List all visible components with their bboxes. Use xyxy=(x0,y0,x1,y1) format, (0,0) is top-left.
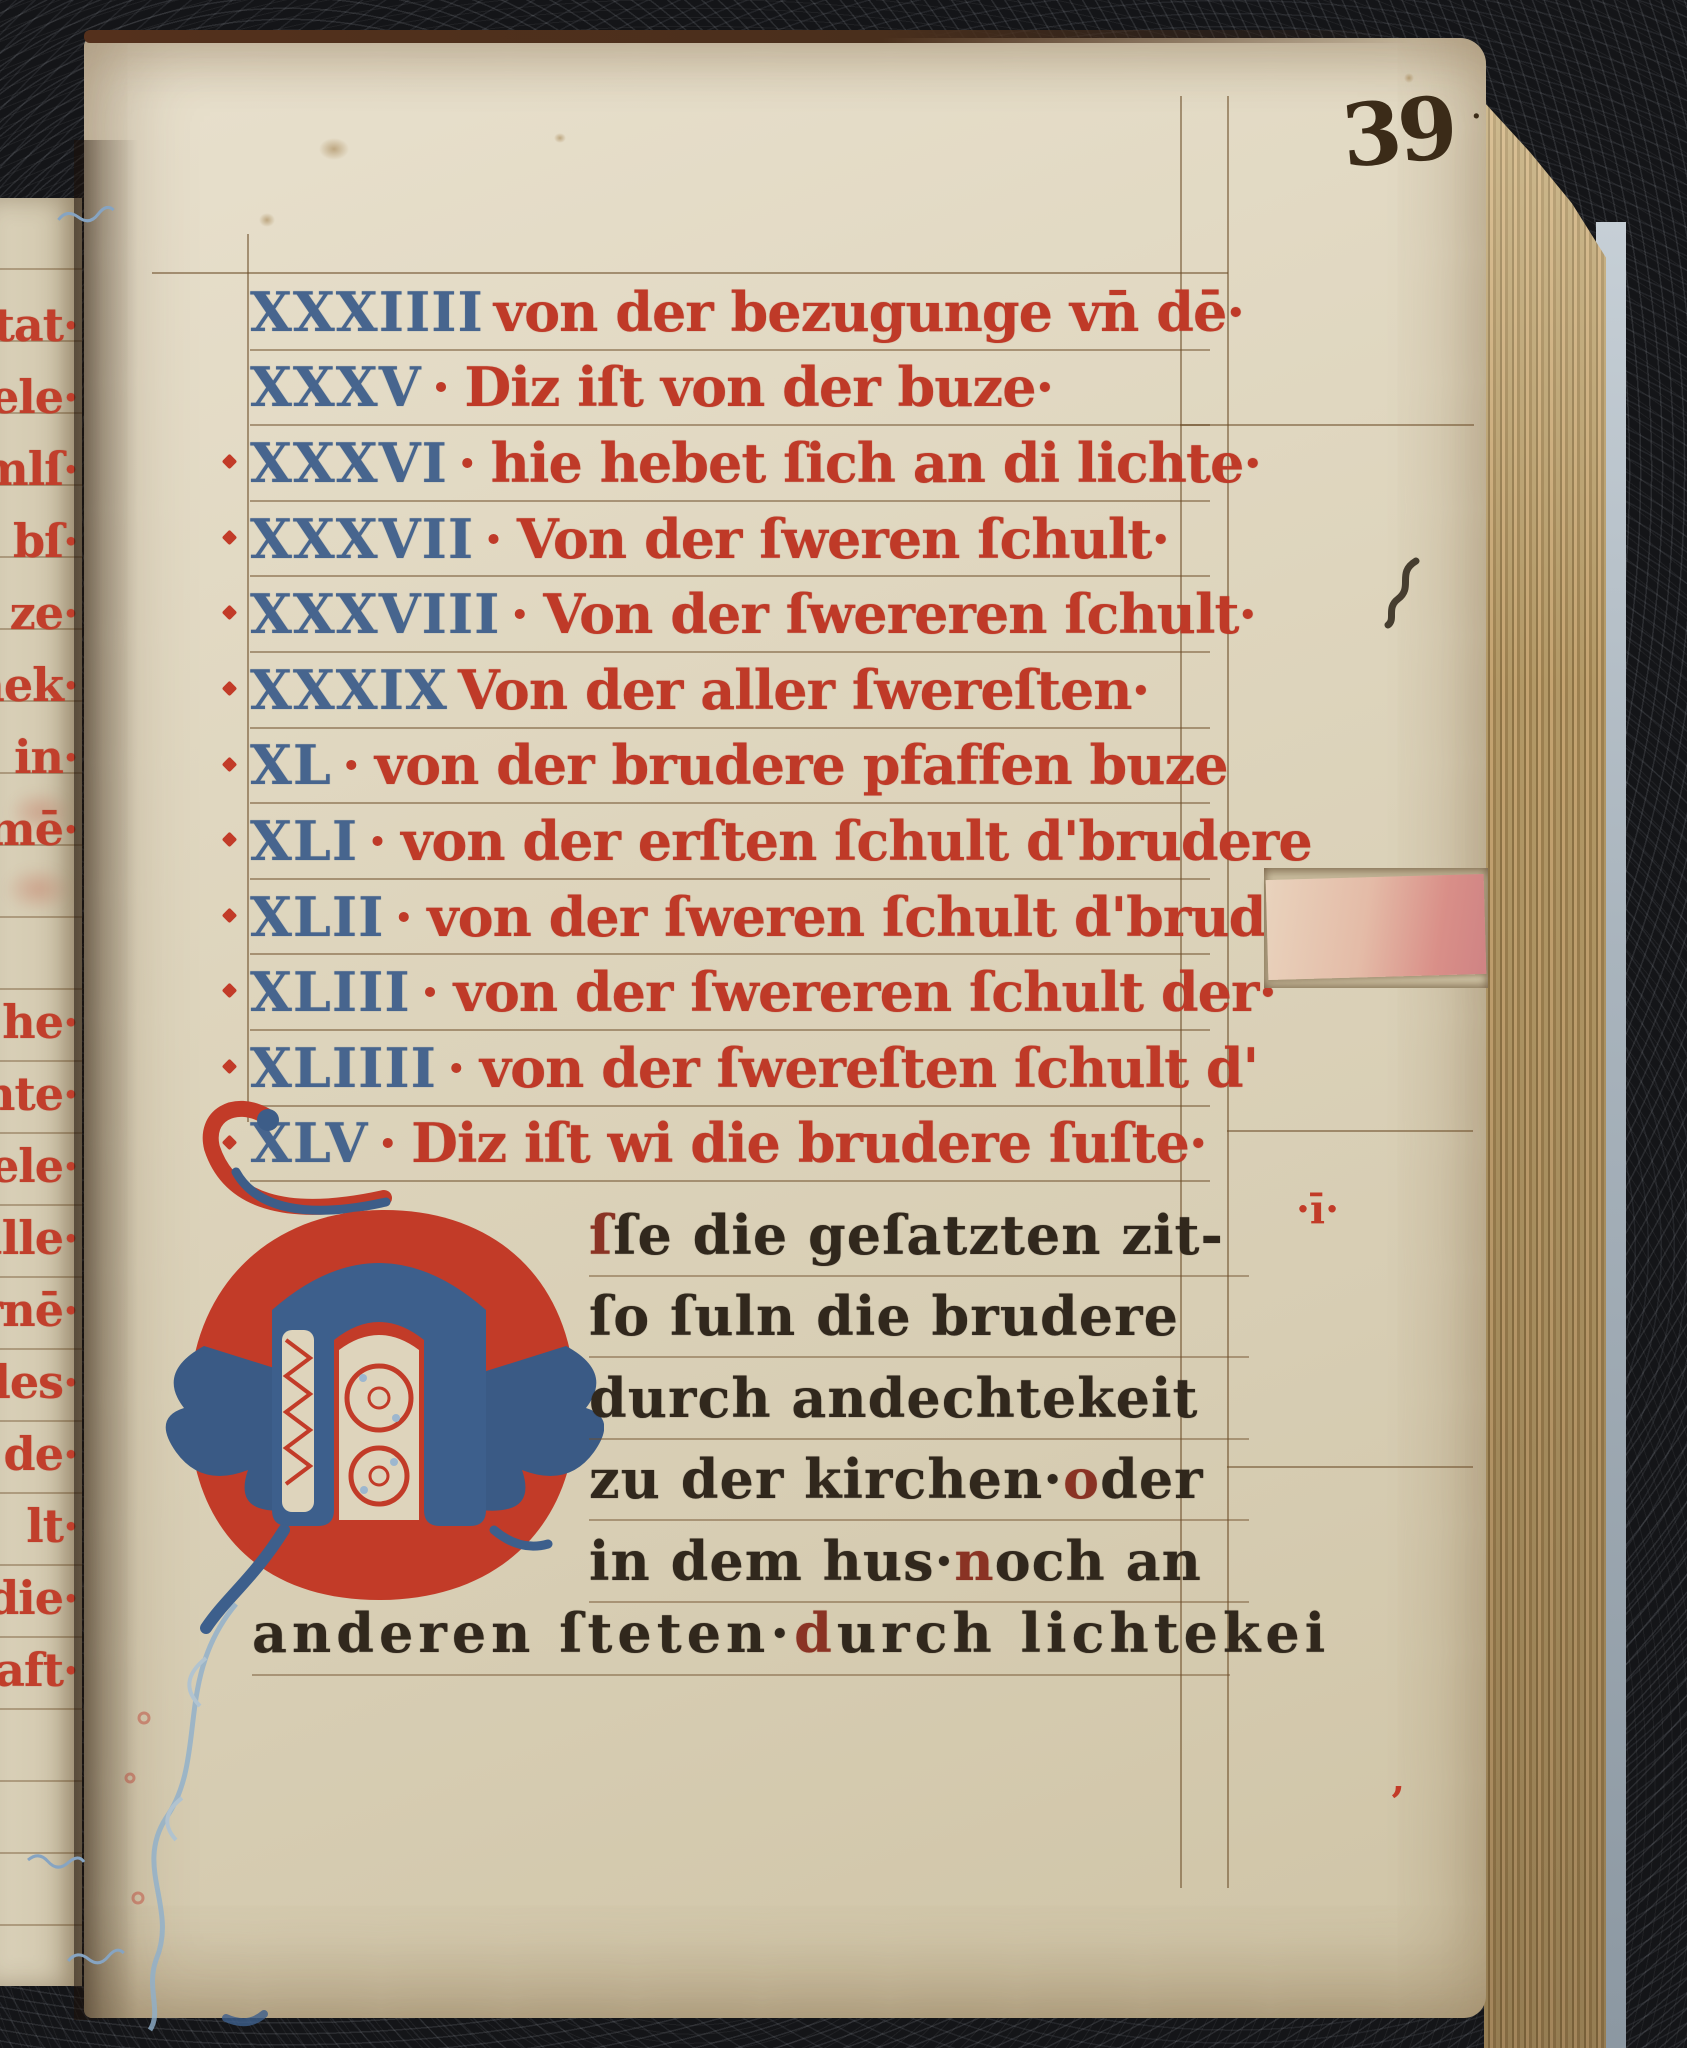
text-segment: o xyxy=(1063,1447,1100,1511)
chapter-numeral: XXXVI xyxy=(250,431,448,495)
red-paragraph-dot xyxy=(222,983,238,999)
chapter-numeral: XXXV xyxy=(250,355,422,419)
chapter-row: XXXIIIIvon der bezugunge vn̄ dē· xyxy=(250,275,1210,351)
left-page-text-fragment: he· xyxy=(2,995,78,1049)
red-paragraph-dot xyxy=(222,1059,238,1075)
ruling-line xyxy=(1227,1130,1473,1132)
bookmark-notch xyxy=(1264,868,1488,988)
red-paragraph-dot xyxy=(222,605,238,621)
red-margin-mark: ·ī· xyxy=(1296,1186,1339,1233)
paragraph-line: ſo ſuln die brudere xyxy=(589,1277,1249,1359)
left-page-text-fragment: regele· xyxy=(0,370,78,424)
numeral-separator: · xyxy=(368,809,387,873)
left-page-text-fragment: aft· xyxy=(0,1643,78,1697)
text-segment: in dem hus· xyxy=(589,1529,954,1593)
left-page-text-fragment: ze· xyxy=(10,586,78,640)
red-paragraph-dot xyxy=(222,530,238,546)
paragraph-line: zu der kirchen·oder xyxy=(589,1440,1249,1522)
left-page-text-fragment: mlſ· xyxy=(0,442,78,496)
left-page-text-fragment: lt· xyxy=(26,1499,78,1553)
text-paragraph: ſſe die geſatzten zit-ſo ſuln die bruder… xyxy=(589,1195,1249,1603)
red-paragraph-dot xyxy=(222,907,238,923)
paragraph-line: ſſe die geſatzten zit- xyxy=(589,1195,1249,1277)
ink-smudge xyxy=(1380,553,1430,633)
text-segment: n xyxy=(954,1529,994,1593)
text-segment: och an xyxy=(995,1529,1202,1593)
chapter-title: Von der ſweren ſchult· xyxy=(517,507,1169,571)
left-page-text-fragment: in· xyxy=(14,730,78,784)
bookmark-tab xyxy=(1266,874,1487,980)
ruling-line xyxy=(1227,1466,1473,1468)
numeral-separator: · xyxy=(458,431,477,495)
left-page-text-fragment: ele· xyxy=(0,1139,78,1193)
red-paragraph-dot xyxy=(222,454,238,470)
ruling-line xyxy=(247,234,249,1122)
chapter-row: XL·von der brudere pfaffen buze xyxy=(250,729,1210,805)
stain xyxy=(319,138,349,160)
chapter-numeral: XLII xyxy=(250,885,384,949)
chapter-row: XXXIXVon der aller ſwereſten· xyxy=(250,653,1210,729)
chapter-title: Von der ſwereren ſchult· xyxy=(543,582,1256,646)
paragraph-line: durch andechtekeit xyxy=(589,1358,1249,1440)
text-segment: ſo ſuln die brudere xyxy=(589,1284,1179,1348)
page-fore-edge-stack xyxy=(1484,102,1606,2048)
chapter-row: XXXVII·Von der ſweren ſchult· xyxy=(250,502,1210,578)
left-page-text-fragment: ſtat· xyxy=(0,298,78,352)
chapter-numeral: XLIII xyxy=(250,960,411,1024)
left-page-text-fragment: t die· xyxy=(0,1571,78,1625)
red-paragraph-dot xyxy=(222,756,238,772)
chapter-numeral: XLI xyxy=(250,809,358,873)
left-page-text-fragment: en bſ· xyxy=(0,514,78,568)
red-bottom-mark: ’ xyxy=(1390,1778,1405,1827)
red-paragraph-dot xyxy=(222,832,238,848)
folio-dot: · xyxy=(1470,94,1483,140)
paragraph-last-line: anderen ſteten·durch lichtekei xyxy=(252,1592,1230,1676)
text-segment: anderen ſteten· xyxy=(252,1601,794,1665)
chapter-title: hie hebet ſich an di lichte· xyxy=(491,431,1261,495)
paragraph-line: in dem hus·noch an xyxy=(589,1521,1249,1603)
numeral-separator: · xyxy=(342,733,361,797)
chapter-title: von der bezugunge vn̄ dē· xyxy=(494,280,1244,344)
numeral-separator: · xyxy=(432,355,451,419)
red-paragraph-dot xyxy=(222,681,238,697)
chapter-numeral: XXXVII xyxy=(250,507,474,571)
text-segment: d xyxy=(794,1601,837,1665)
numeral-separator: · xyxy=(510,582,529,646)
chapter-numeral: XL xyxy=(250,733,332,797)
faded-text-smudge xyxy=(4,866,72,912)
stain xyxy=(554,133,566,143)
chapter-row: XXXVIII·Von der ſwereren ſchult· xyxy=(250,577,1210,653)
manuscript-photo: ſtat·regele·mlſ·en bſ·ze·nek·in·mē·he·e… xyxy=(0,0,1687,2048)
chapter-row: XXXVI·hie hebet ſich an di lichte· xyxy=(250,426,1210,502)
chapter-row: XXXV·Diz iſt von der buze· xyxy=(250,351,1210,427)
chapter-numeral: XXXIIII xyxy=(250,280,484,344)
ruling-line xyxy=(1180,424,1474,426)
text-segment: der xyxy=(1100,1447,1204,1511)
text-segment: ſe die geſatzten zit- xyxy=(613,1203,1224,1267)
chapter-row: XLIII·von der ſwereren ſchult der· xyxy=(250,955,1210,1031)
text-segment: urch lichtekei xyxy=(837,1601,1330,1665)
stain xyxy=(1404,73,1414,83)
stain xyxy=(259,213,275,227)
chapter-numeral: XXXVIII xyxy=(250,582,500,646)
text-segment: durch andechtekeit xyxy=(589,1366,1198,1430)
text-segment: ſ xyxy=(589,1203,613,1267)
decorated-initial xyxy=(134,1078,604,1638)
chapter-numeral: XXXIX xyxy=(250,658,448,722)
chapter-row: XLI·von der erſten ſchult d'brudere xyxy=(250,804,1210,880)
numeral-separator: · xyxy=(484,507,503,571)
left-page-sliver: ſtat·regele·mlſ·en bſ·ze·nek·in·mē·he·e… xyxy=(0,198,82,1986)
left-page-text-fragment: ulle· xyxy=(0,1211,78,1265)
folio-number: 39 xyxy=(1338,77,1458,187)
left-page-text-fragment: nek· xyxy=(0,658,78,712)
chapter-title: Von der aller ſwereſten· xyxy=(458,658,1149,722)
numeral-separator: · xyxy=(394,885,413,949)
chapter-title: von der erſten ſchult d'brudere xyxy=(401,809,1312,873)
left-page-text-fragment: e de· xyxy=(0,1427,78,1481)
left-page-text-fragment: e des· xyxy=(0,1355,78,1409)
text-segment: zu der kirchen· xyxy=(589,1447,1063,1511)
chapter-title: von der ſweren ſchult d'brudē xyxy=(427,885,1299,949)
left-page-text-fragment: echte· xyxy=(0,1067,78,1121)
numeral-separator: · xyxy=(421,960,440,1024)
manuscript-page: 39 · XXXIIIIvon der bezugunge vn̄ dē·XX… xyxy=(84,38,1486,2018)
chapter-title: von der brudere pfaffen buze xyxy=(375,733,1228,797)
chapter-list: XXXIIIIvon der bezugunge vn̄ dē·XXXV·Di… xyxy=(250,275,1210,1182)
book-top-edge xyxy=(84,30,1414,43)
ruling-line xyxy=(152,272,1228,274)
chapter-title: Diz iſt von der buze· xyxy=(464,355,1053,419)
chapter-title: von der ſwereren ſchult der· xyxy=(453,960,1276,1024)
left-page-text-fragment: lernē· xyxy=(0,1283,78,1337)
faded-text-smudge xyxy=(8,790,72,834)
chapter-row: XLII·von der ſweren ſchult d'brudē xyxy=(250,880,1210,956)
